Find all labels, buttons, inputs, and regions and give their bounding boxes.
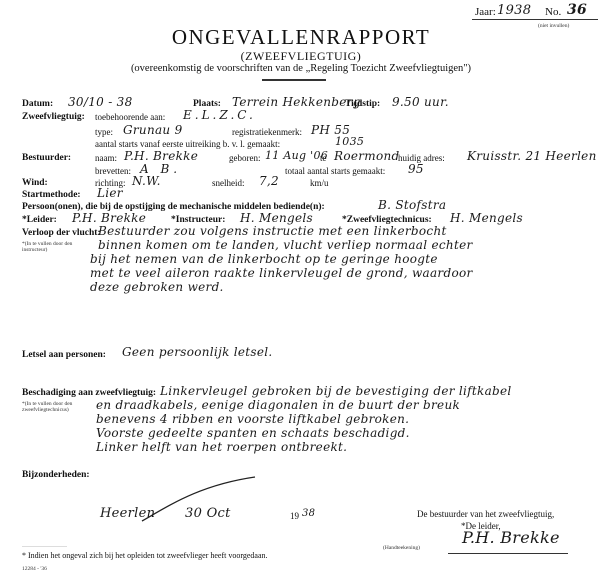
signature-line [448,553,568,554]
type-value: Grunau 9 [123,123,183,137]
toebehoorende-label: toebehoorende aan: [95,112,165,122]
year-suffix: 38 [302,508,315,519]
beschadiging-text: Linkervleugel gebroken bij de bevestigin… [160,384,512,454]
header-rule [472,19,598,20]
number-value: 36 [567,2,587,18]
snelheid-value: 7,2 [259,174,279,188]
datum-label: Datum: [22,99,53,109]
richting-value: N.W. [132,174,161,188]
snelheid-unit: km/u [310,178,329,188]
naam-label: naam: [95,153,117,163]
beschadiging-line: Linker helft van het roerpen ontbreekt. [96,440,512,454]
letsel-value: Geen persoonlijk letsel. [122,345,273,359]
startmethode-label: Startmethode: [22,190,81,200]
naam-value: P.H. Brekke [124,149,198,163]
brevetten-label: brevetten: [95,166,131,176]
title-underline [262,79,326,81]
page-subtitle: (ZWEEFVLIEGTUIG) [0,49,602,64]
signature-value: P.H. Brekke [462,528,560,547]
verloop-line: binnen komen om te landen, vlucht verlie… [98,238,473,252]
bestuurder-label: Bestuurder: [22,153,71,163]
totaal-starts-label: totaal aantal starts gemaakt: [285,166,385,176]
verloop-line: Bestuurder zou volgens instructie met ee… [98,224,473,238]
signer-title: De bestuurder van het zweefvliegtuig, [417,509,554,519]
year-value: 1938 [497,3,531,18]
page-title: ONGEVALLENRAPPORT [0,25,602,50]
print-code: 12284 - '36 [22,566,47,572]
verloop-note: *(In te vullen door den instructeur) [22,241,74,253]
bijzonderheden-label: Bijzonderheden: [22,470,90,480]
verloop-line: deze gebroken werd. [90,280,473,294]
place-value: Heerlen [100,506,155,521]
beschadiging-line: en draadkabels, eenige diagonalen in de … [96,398,512,412]
te-value: Roermond [334,149,400,163]
persoon-value: B. Stofstra [378,198,446,212]
type-label: type: [95,127,113,137]
beschadiging-line: Voorste gedeelte spanten en schaats besc… [96,426,512,440]
year-label: Jaar: [475,6,496,18]
registratie-label: registratiekenmerk: [232,127,302,137]
leider-label: *Leider: [22,215,57,225]
snelheid-label: snelheid: [212,178,245,188]
year-prefix: 19 [290,511,299,521]
verloop-label: Verloop der vlucht: [22,228,101,238]
geboren-value: 11 Aug '06 [265,149,328,162]
aantal-starts-value: 1035 [335,135,364,148]
plaats-value: Terrein Hekkenberg [232,95,361,109]
instructeur-value: H. Mengels [240,211,313,225]
beschadiging-label: Beschadiging aan zweefvliegtuig: [22,388,156,398]
beschadiging-line: benevens 4 ribben en voorste liftkabel g… [96,412,512,426]
toebehoorende-value: E.L.Z.C. [183,108,256,122]
regulation-note: (overeenkomstig de voorschriften van de … [0,63,602,74]
tijdstip-label: Tijdstip: [345,99,380,109]
leider-value: P.H. Brekke [72,211,146,225]
zweefvliegtuig-label: Zweefvliegtuig: [22,112,85,122]
te-label: te [320,153,327,163]
wind-label: Wind: [22,178,48,188]
startmethode-value: Lier [97,186,123,200]
beschadiging-line: Linkervleugel gebroken bij de bevestigin… [160,384,512,398]
aantal-starts-label: aantal starts vanaf eerste uitreiking b.… [95,139,280,149]
geboren-label: geboren: [229,153,261,163]
handtekening-label: (Handteekening) [383,545,420,551]
verloop-line: met te veel aileron raakte linkervleugel… [90,266,473,280]
number-label: No. [545,6,561,18]
verloop-text: Bestuurder zou volgens instructie met ee… [98,224,473,294]
footnote-rule [22,546,67,547]
technicus-value: H. Mengels [450,211,523,225]
letsel-label: Letsel aan personen: [22,350,106,360]
date-value: 30 Oct [185,506,231,521]
verloop-line: bij het nemen van de linkerbocht op te g… [90,252,473,266]
footnote: * Indien het ongeval zich bij het opleid… [22,551,268,560]
beschadiging-note: *(In te vullen door den zweefvliegtechni… [22,401,86,413]
totaal-starts-value: 95 [408,162,424,176]
datum-value: 30/10 - 38 [68,95,133,109]
tijdstip-value: 9.50 uur. [392,95,449,109]
adres-value: Kruisstr. 21 Heerlen [467,149,597,163]
